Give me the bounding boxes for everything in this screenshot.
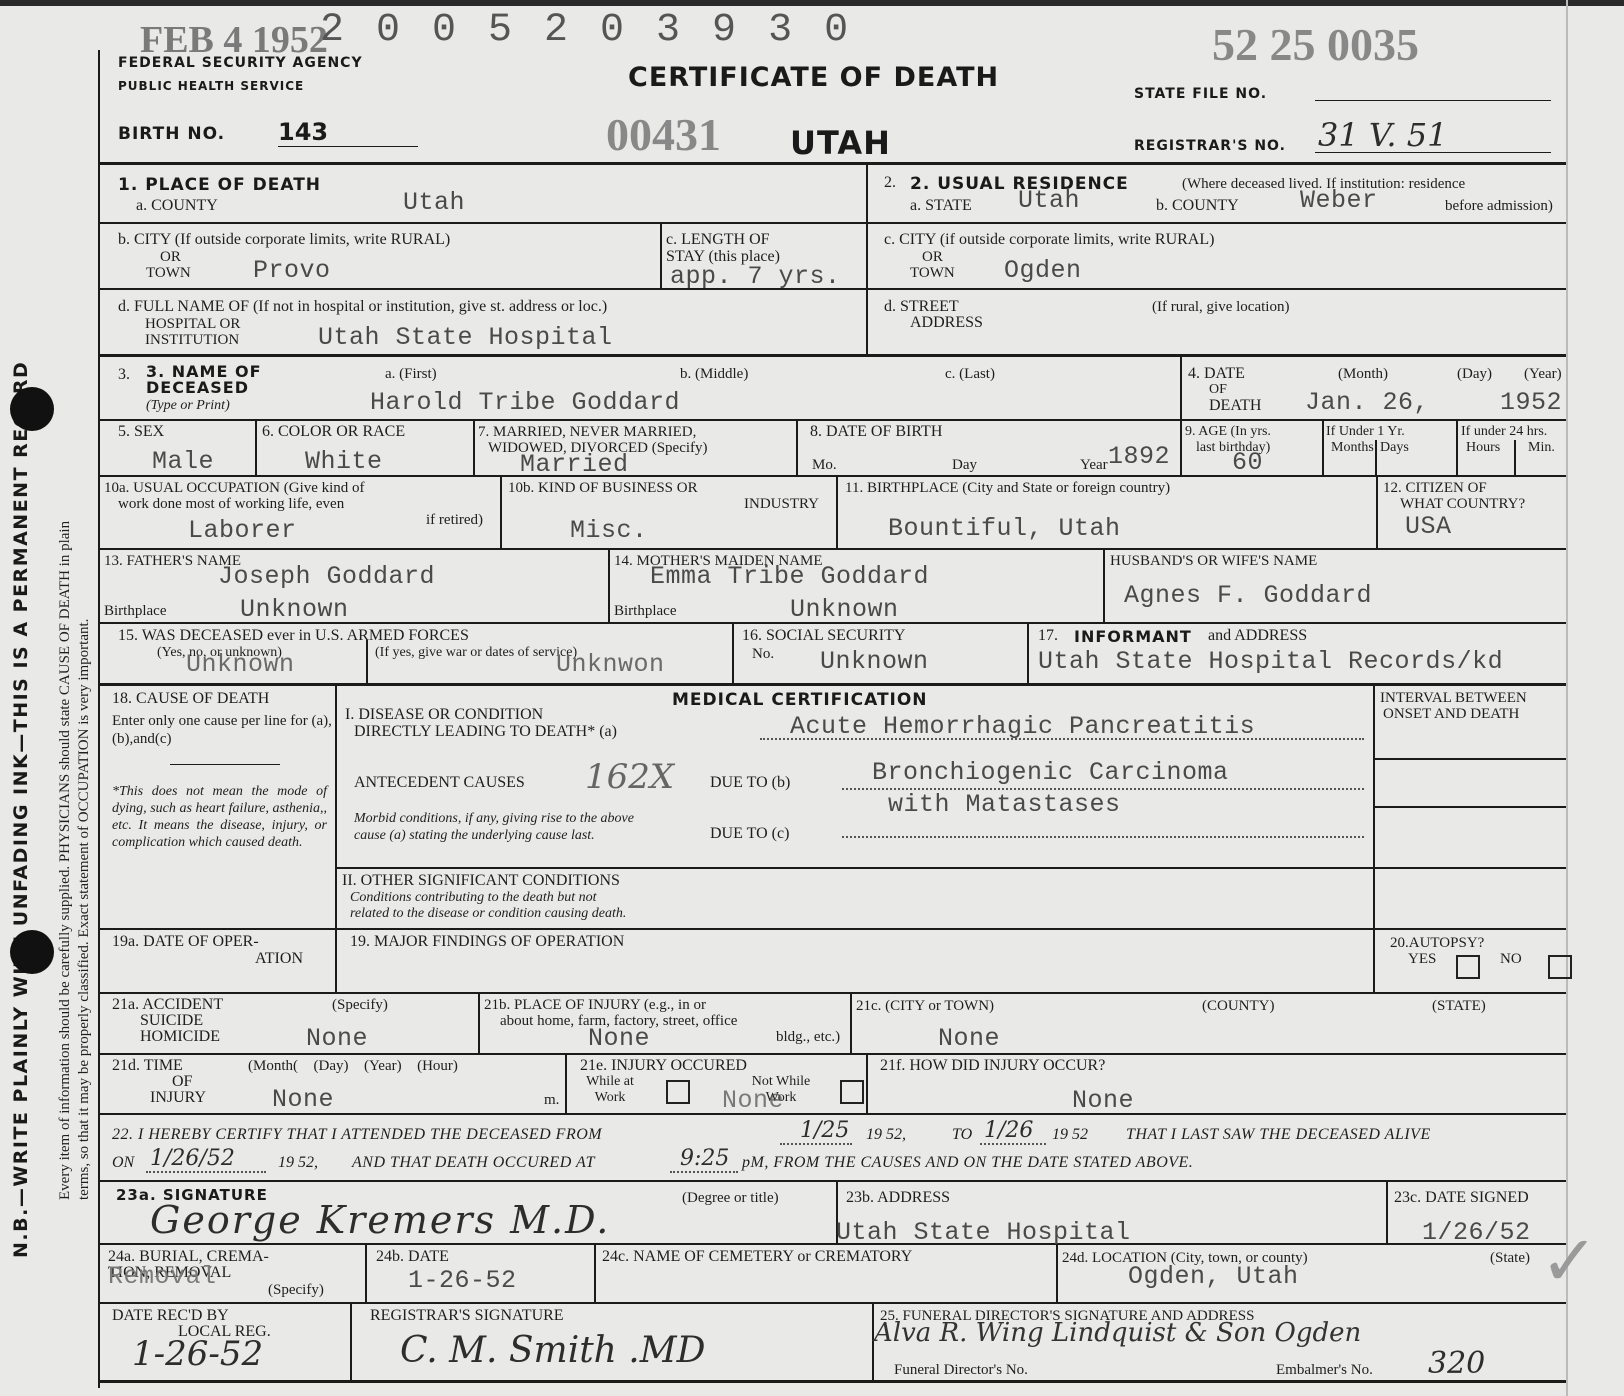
res-state-label: a. STATE — [910, 198, 972, 214]
cause-a-field[interactable]: Acute Hemorrhagic Pancreatitis — [790, 712, 1255, 741]
injury-state-label: (STATE) — [1432, 998, 1486, 1014]
occupation-sublabel: work done most of working life, even — [118, 496, 344, 512]
mother-birthplace-field[interactable]: Unknown — [790, 595, 899, 624]
father-birthplace-field[interactable]: Unknown — [240, 595, 349, 624]
autopsy-yes-label: YES — [1408, 951, 1436, 967]
name-heading-2: DECEASED — [146, 380, 249, 396]
autopsy-label: 20.AUTOPSY? — [1390, 935, 1484, 951]
degree-label: (Degree or title) — [682, 1190, 779, 1206]
rule — [100, 222, 1566, 224]
cause-b-field[interactable]: Bronchiogenic Carcinoma — [872, 758, 1229, 787]
death-time-field[interactable]: 9:25 — [680, 1146, 729, 1171]
birthplace-label: 11. BIRTHPLACE (City and State or foreig… — [845, 480, 1170, 496]
sex-label: 5. SEX — [118, 424, 164, 440]
dob-year-label: Year — [1080, 457, 1108, 473]
to-label: TO — [952, 1127, 972, 1143]
registrar-signature[interactable]: C. M. Smith .MD — [400, 1330, 705, 1371]
divider — [1056, 1243, 1058, 1302]
time-m-label: m. — [544, 1092, 559, 1108]
dob-year-field[interactable]: 1892 — [1108, 442, 1170, 471]
other-conditions-note: Conditions contributing to the death but… — [350, 890, 597, 906]
type-or-print: (Type or Print) — [146, 398, 230, 414]
or-label: OR — [922, 249, 943, 265]
day-label: (Day) — [1457, 366, 1492, 382]
date-received-field[interactable]: 1-26-52 — [132, 1334, 263, 1374]
town-label: TOWN — [910, 265, 955, 281]
date-received-label: DATE REC'D BY — [112, 1308, 229, 1324]
citizen-sublabel: WHAT COUNTRY? — [1400, 496, 1525, 512]
disposition-date-field[interactable]: 1-26-52 — [408, 1266, 517, 1295]
rule — [100, 1380, 1566, 1383]
divider — [1376, 475, 1378, 548]
first-label: a. (First) — [385, 366, 437, 382]
divider — [866, 1053, 868, 1113]
county-label: a. COUNTY — [136, 198, 218, 214]
business-label: 10b. KIND OF BUSINESS OR — [508, 480, 698, 496]
dob-label: 8. DATE OF BIRTH — [810, 424, 942, 440]
last-seen-line — [146, 1171, 266, 1173]
antecedent-label: ANTECEDENT CAUSES — [354, 775, 525, 791]
armed-dates-label: (If yes, give war or dates of service) — [375, 645, 577, 661]
rule — [1373, 806, 1566, 808]
autopsy-no-checkbox[interactable] — [1548, 955, 1572, 979]
location-field[interactable]: Ogden, Utah — [1128, 1262, 1299, 1291]
from-year: 19 52, — [866, 1127, 906, 1143]
street-note: (If rural, give location) — [1152, 299, 1289, 315]
physician-address-field[interactable]: Utah State Hospital — [836, 1218, 1131, 1247]
residence-note-2: before admission) — [1445, 198, 1553, 214]
rule — [100, 354, 1566, 357]
spouse-name-field[interactable]: Agnes F. Goddard — [1124, 581, 1372, 610]
marital-label: 7. MARRIED, NEVER MARRIED, — [478, 424, 696, 440]
rule — [100, 548, 1566, 550]
dob-month-label: Mo. — [812, 457, 837, 473]
or-label: OR — [160, 249, 181, 265]
divider — [732, 622, 734, 683]
deceased-name-field[interactable]: Harold Tribe Goddard — [370, 388, 680, 417]
state-number-stamp: 52 25 0035 — [1212, 18, 1419, 71]
res-county-label: b. COUNTY — [1156, 198, 1239, 214]
punch-hole — [10, 930, 54, 974]
date-of-death-field[interactable]: Jan. 26, — [1305, 388, 1429, 417]
street-label: d. STREET — [884, 299, 959, 315]
serial-number: 2 0 0 5 2 0 3 9 3 0 — [320, 8, 852, 53]
time-of-injury-field[interactable]: None — [272, 1085, 334, 1114]
physician-signature[interactable]: George Kremers M.D. — [150, 1198, 610, 1242]
birth-no-line — [278, 146, 418, 147]
divider — [866, 162, 868, 354]
registrar-signature-label: REGISTRAR'S SIGNATURE — [370, 1308, 564, 1324]
place-of-death-heading: 1. PLACE OF DEATH — [118, 175, 321, 195]
hospital-sublabel: HOSPITAL OR — [145, 316, 240, 332]
year-of-death-field[interactable]: 1952 — [1500, 388, 1562, 417]
embalmer-no-label: Embalmer's No. — [1276, 1362, 1373, 1378]
hospital-label: d. FULL NAME OF (If not in hospital or i… — [118, 299, 607, 315]
divider — [594, 1243, 596, 1302]
while-at-work-label: While at Work — [580, 1074, 640, 1106]
cause-of-death-heading: 18. CAUSE OF DEATH — [112, 691, 269, 707]
death-county-field[interactable]: Utah — [403, 188, 465, 217]
state-file-label: STATE FILE NO. — [1134, 86, 1267, 102]
birth-no-value: 143 — [278, 118, 328, 146]
dob-day-label: Day — [952, 457, 977, 473]
divider — [796, 419, 798, 475]
registrar-no-value: 31 V. 51 — [1318, 116, 1447, 154]
rule — [335, 867, 1566, 869]
local-number-stamp: 00431 — [606, 108, 721, 161]
cause-b-field-2[interactable]: with Matastases — [888, 790, 1121, 819]
registrar-no-label: REGISTRAR'S NO. — [1134, 138, 1286, 154]
death-time-text: AND THAT DEATH OCCURED AT — [352, 1155, 595, 1171]
divider — [255, 419, 257, 475]
medical-certification-title: MEDICAL CERTIFICATION — [672, 690, 928, 710]
cert-address-label: 23b. ADDRESS — [846, 1190, 950, 1206]
rule — [100, 1180, 1566, 1182]
divider — [565, 1053, 567, 1113]
divider — [1514, 440, 1516, 475]
funeral-director-signature[interactable]: Alva R. Wing Lindquist & Son Ogden — [874, 1318, 1361, 1348]
suicide-label: SUICIDE — [140, 1013, 203, 1029]
certify-text-3: pM, FROM THE CAUSES AND ON THE DATE STAT… — [742, 1155, 1193, 1171]
divider — [1375, 440, 1377, 475]
attended-to-field[interactable]: 1/26 — [984, 1118, 1033, 1143]
place-of-injury-field[interactable]: None — [588, 1024, 650, 1053]
punch-hole — [10, 387, 54, 431]
hospital-field[interactable]: Utah State Hospital — [318, 323, 613, 352]
date-signed-field[interactable]: 1/26/52 — [1422, 1218, 1531, 1247]
divider — [1386, 1180, 1388, 1243]
state-name: UTAH — [790, 124, 891, 162]
informant-field[interactable]: Utah State Hospital Records/kd — [1038, 647, 1503, 676]
spouse-label: HUSBAND'S OR WIFE'S NAME — [1110, 553, 1317, 569]
father-name-field[interactable]: Joseph Goddard — [218, 562, 435, 591]
armed-dates-field[interactable]: Unknwon — [556, 650, 665, 679]
days-label: Days — [1380, 440, 1409, 456]
certify-text-2: THAT I LAST SAW THE DECEASED ALIVE — [1126, 1127, 1431, 1143]
rule — [100, 1243, 1566, 1245]
injury-city-field[interactable]: None — [938, 1024, 1000, 1053]
town-label: TOWN — [146, 265, 191, 281]
divider — [1180, 354, 1182, 475]
form-left-border — [98, 50, 100, 1388]
place-of-injury-label: 21b. PLACE OF INJURY (e.g., in or — [484, 997, 706, 1013]
disease-sublabel: DIRECTLY LEADING TO DEATH* (a) — [354, 724, 617, 740]
injury-city-label: 21c. (CITY or TOWN) — [856, 998, 994, 1014]
checkmark-icon: ✓ — [1540, 1220, 1599, 1302]
middle-label: b. (Middle) — [680, 366, 748, 382]
mother-birthplace-label: Birthplace — [614, 603, 676, 619]
attended-from-field[interactable]: 1/25 — [800, 1118, 849, 1143]
divider — [1322, 419, 1324, 475]
divider — [365, 1243, 367, 1302]
how-injury-field[interactable]: None — [1072, 1086, 1134, 1115]
death-time-line — [670, 1171, 738, 1173]
institution-sublabel: INSTITUTION — [145, 332, 239, 348]
injury-type-field[interactable]: None — [306, 1024, 368, 1053]
autopsy-yes-checkbox[interactable] — [1456, 955, 1480, 979]
month-label: (Month) — [1338, 366, 1388, 382]
specify-label: (Specify) — [332, 997, 388, 1013]
informant-label-suffix: and ADDRESS — [1208, 628, 1307, 644]
min-label: Min. — [1528, 440, 1555, 456]
informant-label: INFORMANT — [1074, 627, 1192, 646]
operation-date-sublabel: ATION — [255, 951, 303, 967]
margin-instruction: N.B.—WRITE PLAINLY WITH UNFADING INK—THI… — [10, 361, 32, 1258]
residence-state-field[interactable]: Utah — [1018, 186, 1080, 215]
divider — [850, 992, 852, 1053]
to-line — [980, 1143, 1046, 1145]
burial-specify-label: (Specify) — [268, 1282, 324, 1298]
time-of-injury-label: 21d. TIME — [112, 1058, 183, 1074]
due-to-b-label: DUE TO (b) — [710, 775, 790, 791]
place-of-injury-sublabel-2: bldg., etc.) — [776, 1029, 840, 1045]
divider — [350, 1302, 352, 1380]
injury-occurred-label: 21e. INJURY OCCURED — [580, 1058, 747, 1074]
residence-city-field[interactable]: Ogden — [1004, 256, 1082, 285]
year-label: (Year) — [1524, 366, 1562, 382]
not-while-work-checkbox[interactable] — [840, 1080, 864, 1104]
armed-forces-label: 15. WAS DECEASED ever in U.S. ARMED FORC… — [118, 628, 469, 644]
how-injury-label: 21f. HOW DID INJURY OCCUR? — [880, 1058, 1105, 1074]
form-right-edge — [1566, 0, 1568, 1396]
rule — [1373, 758, 1566, 760]
business-sublabel: INDUSTRY — [744, 496, 819, 512]
injury-occurred-field[interactable]: None — [722, 1086, 784, 1115]
last-seen-field[interactable]: 1/26/52 — [150, 1146, 235, 1171]
address-label: ADDRESS — [910, 315, 983, 331]
to-year: 19 52 — [1052, 1127, 1088, 1143]
morbid-note: Morbid conditions, if any, giving rise t… — [354, 810, 664, 844]
dod-label-of: OF — [1209, 382, 1227, 398]
rule — [100, 1302, 1566, 1304]
embalmer-no-field[interactable]: 320 — [1428, 1346, 1485, 1381]
last-seen-year: 19 52, — [278, 1155, 318, 1171]
divider — [1456, 419, 1458, 475]
accident-label: 21a. ACCIDENT — [112, 997, 223, 1013]
divider — [1103, 548, 1105, 622]
city-label: b. CITY (If outside corporate limits, wr… — [118, 232, 450, 248]
under-day-label: If under 24 hrs. — [1461, 424, 1547, 440]
res-city-label: c. CITY (if outside corporate limits, wr… — [884, 232, 1214, 248]
while-at-work-checkbox[interactable] — [666, 1080, 690, 1104]
dod-label: 4. DATE — [1188, 366, 1245, 382]
disease-label: I. DISEASE OR CONDITION — [345, 707, 543, 723]
divider — [366, 640, 368, 683]
sex-field[interactable]: Male — [152, 447, 214, 476]
on-label: ON — [112, 1155, 134, 1171]
cause-footnote: *This does not mean the mode of dying, s… — [112, 783, 327, 851]
due-to-c-label: DUE TO (c) — [710, 826, 789, 842]
registrar-no-line — [1315, 152, 1551, 153]
business-field[interactable]: Misc. — [570, 516, 648, 545]
interval-sublabel: ONSET AND DEATH — [1383, 706, 1519, 722]
race-label: 6. COLOR OR RACE — [262, 424, 405, 440]
occupation-field[interactable]: Laborer — [188, 516, 297, 545]
margin-note-1: Every item of information should be care… — [57, 521, 73, 1200]
father-birthplace-label: Birthplace — [104, 603, 166, 619]
length-of-stay-field[interactable]: app. 7 yrs. — [670, 262, 841, 291]
age-label: 9. AGE (In yrs. — [1185, 424, 1271, 440]
injury-label: INJURY — [150, 1090, 206, 1106]
margin-note-2: terms, so that it may be properly classi… — [76, 619, 92, 1200]
birth-no-label: BIRTH NO. — [118, 124, 225, 144]
disposition-field[interactable]: Removal — [108, 1262, 217, 1291]
divider — [836, 475, 838, 548]
stay-label: c. LENGTH OF — [666, 232, 770, 248]
hours-label: Hours — [1466, 440, 1500, 456]
occupation-sublabel-2: if retired) — [426, 512, 483, 528]
document-title: CERTIFICATE OF DEATH — [628, 62, 999, 93]
age-field[interactable]: 60 — [1232, 448, 1263, 477]
months-label: Months — [1331, 440, 1374, 456]
cemetery-label: 24c. NAME OF CEMETERY or CREMATORY — [602, 1249, 912, 1265]
operation-date-label: 19a. DATE OF OPER- — [112, 934, 259, 950]
homicide-label: HOMICIDE — [140, 1029, 220, 1045]
rule — [100, 162, 1566, 165]
classification-code: 162X — [585, 757, 674, 797]
separator — [170, 764, 280, 765]
occupation-label: 10a. USUAL OCCUPATION (Give kind of — [104, 480, 365, 496]
cause-c-line — [842, 836, 1364, 838]
race-field[interactable]: White — [305, 447, 383, 476]
rule — [100, 683, 1566, 686]
birthplace-field[interactable]: Bountiful, Utah — [888, 514, 1121, 543]
social-security-no-label: No. — [752, 646, 774, 662]
citizen-label: 12. CITIZEN OF — [1383, 480, 1487, 496]
marital-status-field[interactable]: Married — [520, 450, 629, 479]
injury-county-label: (COUNTY) — [1202, 998, 1275, 1014]
from-line — [780, 1143, 852, 1145]
state-file-line — [1315, 100, 1551, 101]
dod-label-death: DEATH — [1209, 398, 1261, 414]
certify-text: 22. I HEREBY CERTIFY THAT I ATTENDED THE… — [112, 1127, 602, 1143]
divider — [335, 683, 337, 992]
divider — [1027, 622, 1029, 683]
residence-county-field[interactable]: Weber — [1300, 186, 1378, 215]
agency-name: FEDERAL SECURITY AGENCY — [118, 55, 363, 71]
divider — [473, 419, 475, 475]
funeral-director-no-label: Funeral Director's No. — [894, 1362, 1028, 1378]
time-of-label: OF — [172, 1074, 192, 1090]
autopsy-no-label: NO — [1500, 951, 1522, 967]
date-signed-label: 23c. DATE SIGNED — [1394, 1190, 1529, 1206]
divider — [478, 992, 480, 1053]
mother-name-field[interactable]: Emma Tribe Goddard — [650, 562, 929, 591]
operation-findings-label: 19. MAJOR FINDINGS OF OPERATION — [350, 934, 624, 950]
rule — [100, 992, 1566, 994]
divider — [660, 222, 662, 288]
other-conditions-note-2: related to the disease or condition caus… — [350, 906, 626, 922]
disposition-date-label: 24b. DATE — [376, 1249, 449, 1265]
citizen-field[interactable]: USA — [1405, 512, 1452, 541]
death-city-field[interactable]: Provo — [253, 256, 331, 285]
cause-instructions: Enter only one cause per line for (a), (… — [112, 712, 332, 748]
divider — [1373, 683, 1375, 992]
rule — [100, 928, 1566, 930]
service-name: PUBLIC HEALTH SERVICE — [118, 79, 304, 93]
top-edge — [0, 0, 1624, 6]
armed-forces-field[interactable]: Unknown — [186, 650, 295, 679]
social-security-label: 16. SOCIAL SECURITY — [742, 628, 905, 644]
social-security-field[interactable]: Unknown — [820, 647, 929, 676]
rule — [100, 419, 1566, 421]
rule — [100, 1053, 1566, 1055]
time-columns-label: (Month( (Day) (Year) (Hour) — [248, 1058, 458, 1074]
other-conditions-label: II. OTHER SIGNIFICANT CONDITIONS — [342, 873, 620, 889]
divider — [500, 475, 502, 548]
last-label: c. (Last) — [945, 366, 995, 382]
location-state-label: (State) — [1490, 1250, 1530, 1266]
divider — [608, 548, 610, 622]
under-year-label: If Under 1 Yr. — [1326, 424, 1405, 440]
interval-label: INTERVAL BETWEEN — [1380, 690, 1527, 706]
